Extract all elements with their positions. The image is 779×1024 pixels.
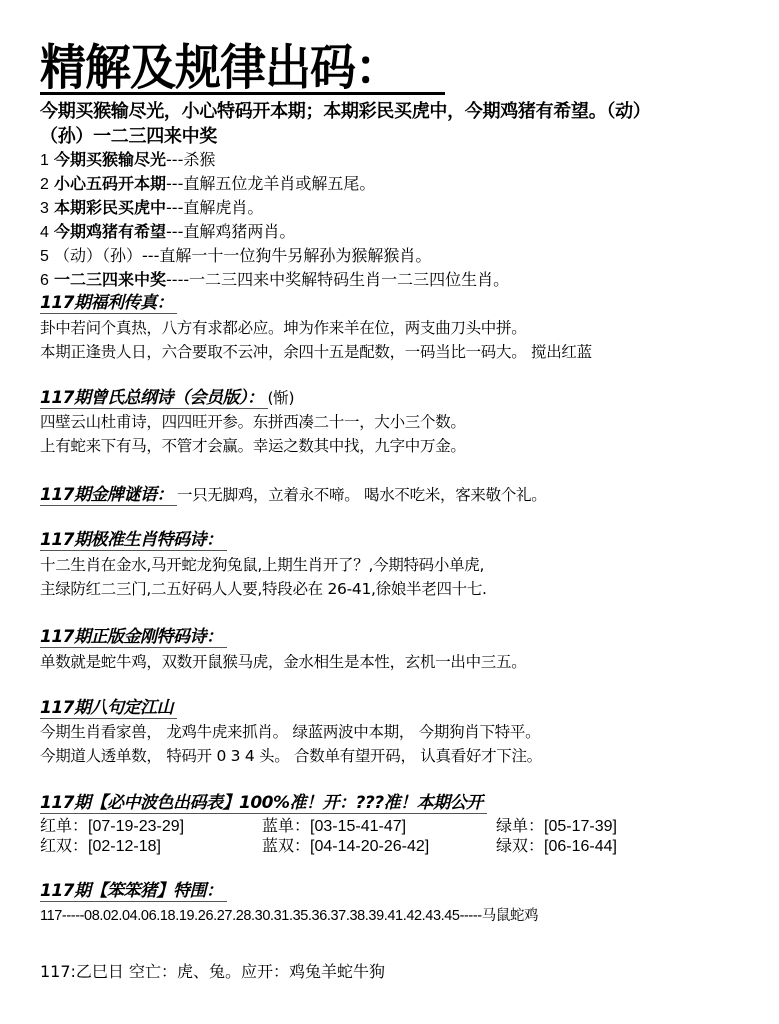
rule-head: 一二三四来中奖: [54, 270, 166, 289]
rule-number: 1: [40, 152, 49, 169]
section-jingang: 117期正版金刚特码诗：: [40, 626, 227, 648]
rule-item: 6 一二三四来中奖----一二三四来中奖解特码生肖一二三四位生肖。: [40, 268, 509, 292]
rule-number: 3: [40, 200, 49, 217]
wave-cell-green-odd: 绿单：[05-17-39]: [496, 817, 656, 837]
rule-item: 5 （动）（孙）---直解一十一位狗牛另解孙为猴解猴肖。: [40, 244, 509, 268]
section-bajv-line-2: 今期道人透单数， 特码开 0 3 4 头。 合数单有望开码， 认真看好才下注。: [40, 744, 542, 768]
rule-number: 6: [40, 272, 49, 289]
rule-tail: ---直解五位龙羊肖或解五尾。: [166, 174, 375, 193]
rule-head: 今期鸡猪有希望: [54, 222, 166, 241]
rule-tail: ---直解一十一位狗牛另解孙为猴解猴肖。: [142, 246, 431, 265]
rule-head: 小心五码开本期: [54, 174, 166, 193]
section-zengshi-line-1: 四壁云山杜甫诗，四四旺开参。东拼西凑二十一，大小三个数。: [40, 410, 466, 434]
section-heading: 117期正版金刚特码诗：: [40, 627, 227, 648]
section-fuli-line-1: 卦中若问个真热，八方有求都必应。坤为作来羊在位，两支曲刀头中拼。: [40, 316, 526, 340]
intro-block: 今期买猴输尽光，小心特码开本期；本期彩民买虎中，今期鸡猪有希望。（动） （孙）一…: [40, 99, 651, 149]
section-heading: 117期福利传真：: [40, 293, 177, 314]
intro-line-2: （孙）一二三四来中奖: [40, 124, 651, 149]
section-heading-text: 117期曾氏总纲诗（会员版）：: [40, 388, 264, 408]
rule-item: 3 本期彩民买虎中---直解虎肖。: [40, 196, 509, 220]
section-jinpai: 117期金牌谜语：一只无脚鸡，立着永不啼。 喝水不吃米，客来敬个礼。: [40, 483, 546, 506]
section-bose: 117期【必中波色出码表】100%准！开：???准！本期公开: [40, 792, 487, 814]
wave-cell-green-even: 绿双：[06-16-44]: [496, 837, 656, 857]
section-jizhun-line-1: 十二生肖在金水,马开蛇龙狗兔鼠,上期生肖开了？,今期特码小单虎,: [40, 553, 484, 577]
page-title: 精解及规律出码：: [40, 40, 400, 95]
section-heading: 117期金牌谜语：: [40, 485, 177, 506]
section-heading: 117期【笨笨猪】特围：: [40, 881, 227, 902]
rule-number: 2: [40, 176, 49, 193]
section-jingang-line-1: 单数就是蛇牛鸡，双数开鼠猴马虎，金水相生是本性，玄机一出中三五。: [40, 650, 526, 674]
section-zengshi: 117期曾氏总纲诗（会员版）：(惭): [40, 386, 294, 409]
rule-tail: ---杀猴: [166, 150, 215, 169]
rule-head: 本期彩民买虎中: [54, 198, 166, 217]
rules-list: 1 今期买猴输尽光---杀猴 2 小心五码开本期---直解五位龙羊肖或解五尾。 …: [40, 148, 509, 292]
section-heading: 117期【必中波色出码表】100%准！开：???准！本期公开: [40, 793, 487, 814]
rule-head: 今期买猴输尽光: [54, 150, 166, 169]
rule-number: 5: [40, 248, 49, 265]
section-fuli: 117期福利传真：: [40, 292, 177, 314]
rule-tail: ---直解虎肖。: [166, 198, 263, 217]
section-zengshi-line-2: 上有蛇来下有马，不管才会赢。幸运之数其中找，九字中万金。: [40, 434, 466, 458]
rule-head: （动）（孙）: [54, 246, 142, 265]
rule-item: 2 小心五码开本期---直解五位龙羊肖或解五尾。: [40, 172, 509, 196]
section-fuli-line-2: 本期正逢贵人日，六合要取不云冲，余四十五是配数，一码当比一码大。 搅出红蓝: [40, 340, 592, 364]
section-note: (惭): [268, 389, 295, 407]
intro-line-1: 今期买猴输尽光，小心特码开本期；本期彩民买虎中，今期鸡猪有希望。（动）: [40, 99, 651, 124]
section-bajv-line-1: 今期生肖看家兽， 龙鸡牛虎来抓肖。 绿蓝两波中本期， 今期狗肖下特平。: [40, 720, 540, 744]
footer-line: 117:乙巳日 空亡：虎、兔。应开：鸡兔羊蛇牛狗: [40, 960, 385, 984]
wave-cell-red-odd: 红单：[07-19-23-29]: [40, 817, 262, 837]
rule-tail: ---直解鸡猪两肖。: [166, 222, 295, 241]
wave-cell-blue-even: 蓝双：[04-14-20-26-42]: [262, 837, 496, 857]
section-bajv: 117期八句定江山: [40, 697, 177, 719]
rule-number: 4: [40, 224, 49, 241]
section-heading: 117期八句定江山: [40, 698, 177, 719]
wave-cell-blue-odd: 蓝单：[03-15-41-47]: [262, 817, 496, 837]
section-jizhun: 117期极准生肖特码诗：: [40, 529, 227, 551]
rule-item: 4 今期鸡猪有希望---直解鸡猪两肖。: [40, 220, 509, 244]
section-heading: 117期曾氏总纲诗（会员版）：: [40, 388, 268, 409]
section-text: 一只无脚鸡，立着永不啼。 喝水不吃米，客来敬个礼。: [177, 486, 546, 504]
wave-color-table: 红单：[07-19-23-29] 蓝单：[03-15-41-47] 绿单：[05…: [40, 817, 656, 857]
rule-tail: ----一二三四来中奖解特码生肖一二三四位生肖。: [166, 270, 509, 289]
rule-item: 1 今期买猴输尽光---杀猴: [40, 148, 509, 172]
section-heading: 117期极准生肖特码诗：: [40, 530, 227, 551]
title-underline: [40, 92, 445, 95]
section-jizhun-line-2: 主绿防红二三门,二五好码人人要,特段必在 26-41,徐娘半老四十七.: [40, 577, 487, 601]
section-benzhu: 117期【笨笨猪】特围：: [40, 880, 227, 902]
section-benzhu-numbers: 117-----08.02.04.06.18.19.26.27.28.30.31…: [40, 905, 538, 927]
wave-cell-red-even: 红双：[02-12-18]: [40, 837, 262, 857]
